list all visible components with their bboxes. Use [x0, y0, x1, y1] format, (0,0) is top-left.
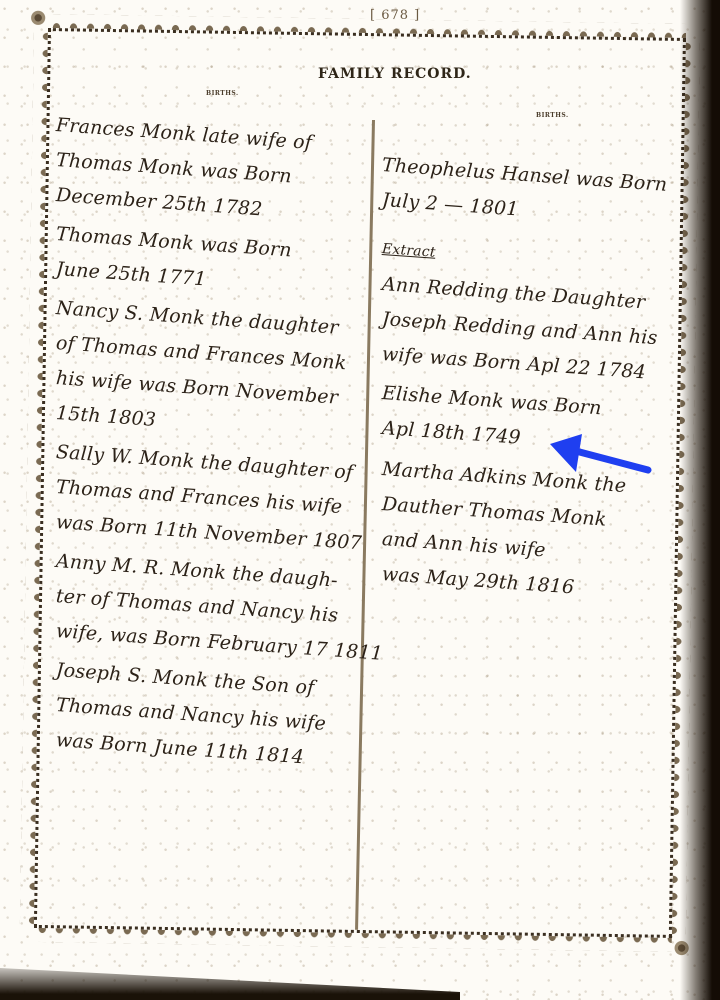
- page-edge-shadow: [680, 0, 720, 1000]
- record-entry: Anny M. R. Monk the daugh- ter of Thomas…: [56, 544, 374, 649]
- page-title: FAMILY RECORD.: [318, 66, 472, 82]
- record-entry: Extract Ann Redding the Daughter Joseph …: [382, 232, 702, 372]
- right-column: Theophelus Hansel was Born July 2 — 1801…: [382, 148, 702, 596]
- record-entry: Theophelus Hansel was Born July 2 — 1801: [382, 148, 702, 218]
- record-entry: Joseph S. Monk the Son of Thomas and Nan…: [56, 653, 374, 758]
- arrow-annotation-icon: [548, 432, 658, 482]
- record-entry: Frances Monk late wife of Thomas Monk wa…: [56, 108, 374, 213]
- left-column: Frances Monk late wife of Thomas Monk wa…: [56, 108, 374, 762]
- record-entry: Nancy S. Monk the daughter of Thomas and…: [56, 291, 374, 431]
- right-column-header: BIRTHS.: [536, 112, 569, 119]
- record-entry: Sally W. Monk the daughter of Thomas and…: [56, 435, 374, 540]
- left-column-header: BIRTHS.: [206, 90, 239, 97]
